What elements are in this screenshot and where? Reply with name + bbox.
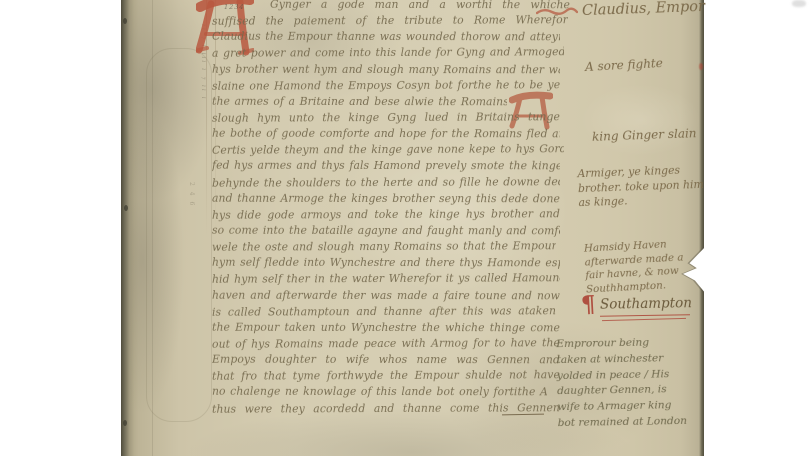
text-line: the armes of a Britaine and bese alwie t… (212, 94, 507, 111)
sewing-dot (123, 420, 127, 426)
main-text-block: Gynger a gode man and a worthi the which… (212, 0, 582, 417)
text-line: hid hym self ther in the water Wherefor … (212, 271, 560, 289)
margin-note-southampton: Southampton (600, 295, 692, 313)
note-line: bot remained at London (558, 414, 688, 432)
binding-gutter-shadow (121, 0, 134, 456)
pilcrow-icon: ¶ (580, 291, 596, 319)
text-line: Empoys doughter to wife whos name was Ge… (212, 352, 560, 369)
margin-note-armiger: Armiger, ye kingesbrother. toke upon him… (577, 163, 704, 211)
text-line: out of hys Romains made peace with Armog… (212, 335, 560, 353)
text-line: hys brother went hym and slough many Rom… (212, 61, 560, 78)
text-line: wele the oste and slough many Romains so… (212, 238, 556, 256)
corner-smudge (792, 0, 806, 7)
note-line: yolded in peace / His (557, 366, 687, 384)
text-line: fed hys armes and thys fals Hamond preve… (212, 158, 560, 175)
text-line: Claudius the Empour thanne was wounded t… (212, 29, 560, 46)
text-line: that fro that tyme forthwyde the Empour … (212, 367, 560, 385)
gutter-marks: 2 4 6 (188, 182, 195, 227)
text-line: slaine one Hamond the Empoys Cosyn bot f… (212, 77, 560, 95)
text-line: he bothe of goode comforte and hope for … (212, 126, 560, 143)
text-line: haven and afterwarde ther was made a fai… (212, 287, 560, 304)
text-line: so come into the bataille agayne and fau… (212, 223, 560, 240)
text-line: hys dide gode armoys and toke the kinge … (212, 206, 560, 224)
text-line: a gret power and come into this lande fo… (212, 45, 564, 63)
text-line: behynde the shoulders to the herte and s… (212, 174, 560, 192)
sewing-dot (124, 205, 128, 211)
text-line: and thanne Armoge the kinges brother sey… (212, 190, 560, 207)
text-line: is called Southamptoun and thanne after … (212, 303, 556, 321)
sewing-dot (123, 18, 127, 24)
text-line: the Empour taken unto Wynchestre the whi… (212, 320, 560, 337)
text-line: Gynger a gode man and a worthi the which… (270, 0, 570, 13)
text-line: Certis yelde theym and the kinge gave no… (212, 141, 564, 159)
text-line: suffised the paiement of the tribute to … (212, 12, 568, 30)
margin-note-hamsidy-haven: Hamsidy Havenafterwarde made afair havne… (584, 237, 686, 296)
text-line: no chalenge ne knowlage of this lande bo… (212, 384, 547, 401)
margin-note-emperour: Emprorour beingtaken at winchesteryolded… (556, 335, 687, 432)
red-ink-speck (699, 63, 703, 70)
text-line: slough hym unto the kinge Gyng lued in B… (212, 109, 560, 127)
text-line: hym self fledde into Wynchestre and ther… (212, 255, 560, 272)
manuscript-scan-page: ıı ⁊ ı ııı ı ⁊ ıı ı 2 4 6 1234 Gynger a … (0, 0, 810, 456)
